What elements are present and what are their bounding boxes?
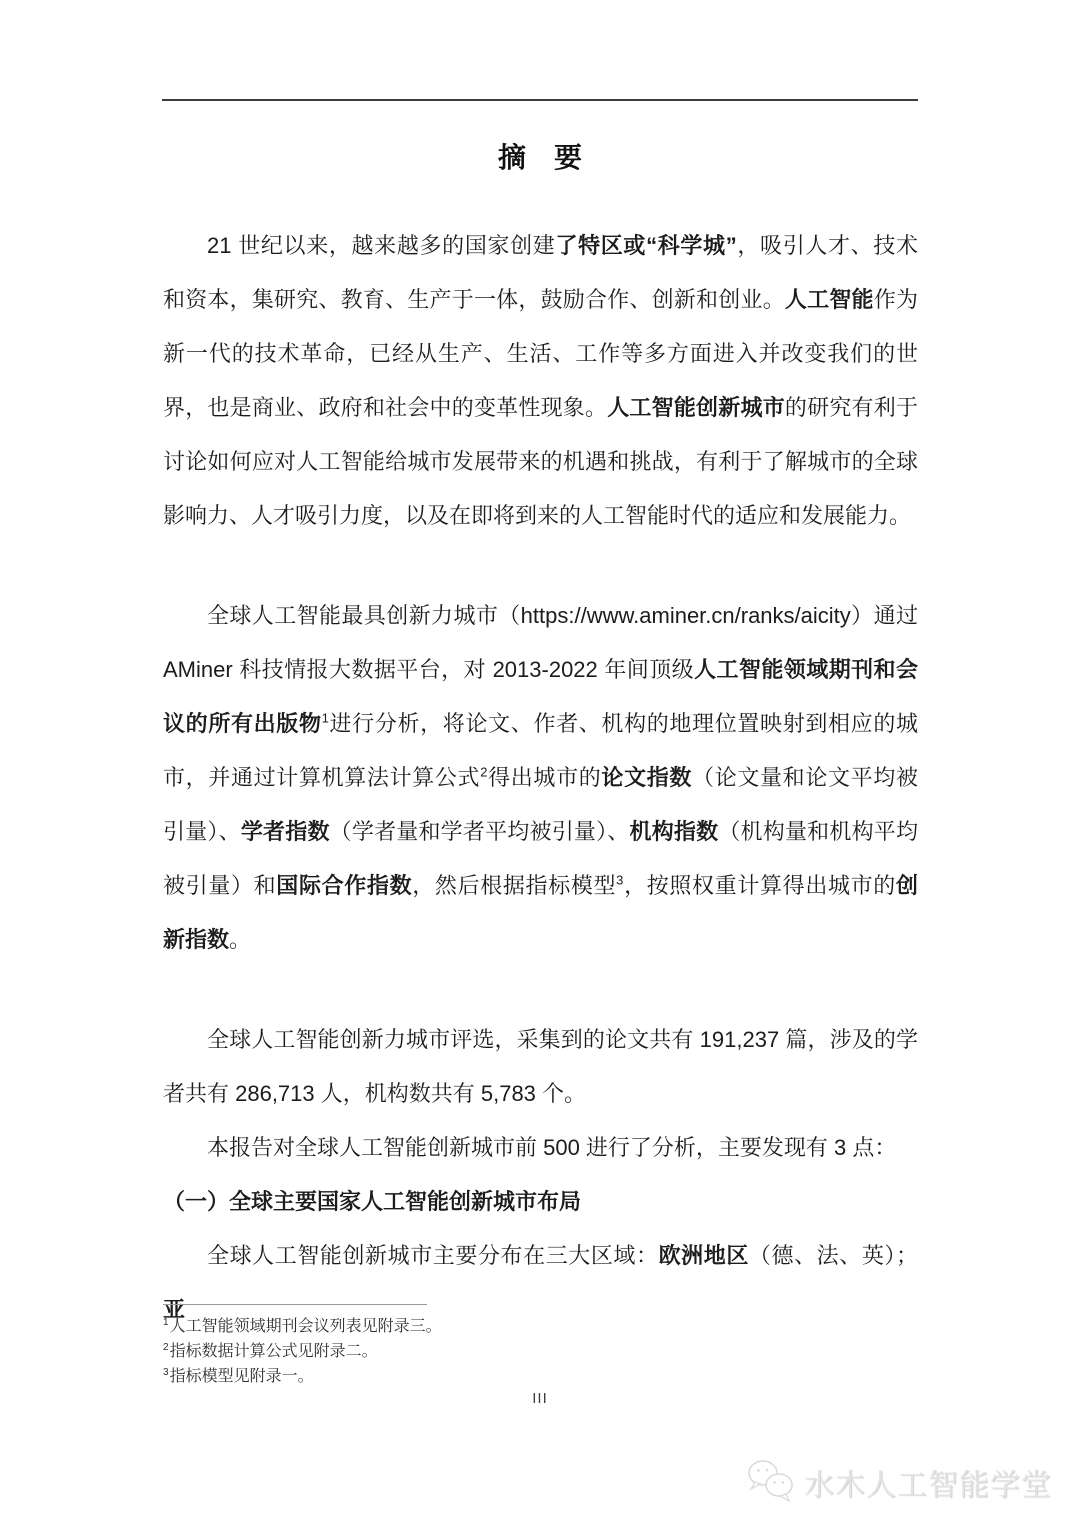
section-heading: （一）全球主要国家人工智能创新城市布局 — [163, 1175, 918, 1229]
text-run: ，然后根据指标模型 — [412, 873, 616, 898]
text-run: 。 — [229, 927, 251, 952]
footnote: 2指标数据计算公式见附录二。 — [163, 1339, 918, 1364]
page-title: 摘 要 — [0, 136, 1080, 176]
watermark-text: 水木人工智能学堂 — [804, 1460, 1052, 1504]
footnote-marker: 1 — [163, 1317, 169, 1328]
paragraph: 21 世纪以来，越来越多的国家创建了特区或“科学城”，吸引人才、技术和资本，集研… — [163, 219, 918, 543]
footnotes-list: 1人工智能领域期刊会议列表见附录三。2指标数据计算公式见附录二。3指标模型见附录… — [163, 1314, 918, 1389]
bold-text-run: 国际合作指数 — [276, 873, 412, 898]
footnote: 1人工智能领域期刊会议列表见附录三。 — [163, 1314, 918, 1339]
text-run: （学者量和学者平均被引量）、 — [330, 819, 630, 844]
paragraph: 全球人工智能最具创新力城市（https://www.aminer.cn/rank… — [163, 589, 918, 967]
footnote-marker: 2 — [163, 1342, 169, 1353]
text-run: 本报告对全球人工智能创新城市前 500 进行了分析，主要发现有 3 点： — [207, 1135, 896, 1160]
text-run: 全球人工智能创新城市主要分布在三大区域： — [207, 1243, 659, 1268]
chat-bubbles-icon — [746, 1458, 798, 1506]
page-number: III — [0, 1390, 1080, 1407]
text-run: 21 世纪以来，越来越多的国家创建 — [207, 233, 555, 258]
bold-text-run: 论文指数 — [601, 765, 692, 790]
bold-text-run: 人工智能 — [785, 287, 874, 312]
footnote: 3指标模型见附录一。 — [163, 1364, 918, 1389]
text-run: 全球人工智能创新力城市评选，采集到的论文共有 191,237 篇，涉及的学者共有… — [163, 1027, 918, 1106]
watermark: 水木人工智能学堂 — [746, 1458, 1052, 1506]
abstract-body: 21 世纪以来，越来越多的国家创建了特区或“科学城”，吸引人才、技术和资本，集研… — [163, 219, 918, 1337]
footnote-rule — [163, 1304, 427, 1305]
footnote-marker: 3 — [163, 1367, 169, 1378]
bold-text-run: 了特区或“科学城” — [555, 233, 736, 258]
bold-text-run: 学者指数 — [241, 819, 330, 844]
bold-text-run: 机构指数 — [630, 819, 719, 844]
text-run: ，按照权重计算得出城市的 — [623, 873, 896, 898]
footnote-marker: 1 — [322, 711, 329, 726]
paragraph: 本报告对全球人工智能创新城市前 500 进行了分析，主要发现有 3 点： — [163, 1121, 918, 1175]
bold-text-run: （一）全球主要国家人工智能创新城市布局 — [163, 1189, 581, 1214]
text-run: （德、法、英）； — [749, 1243, 918, 1268]
paragraph: 全球人工智能创新力城市评选，采集到的论文共有 191,237 篇，涉及的学者共有… — [163, 1013, 918, 1121]
bold-text-run: 欧洲地区 — [659, 1243, 749, 1268]
text-run: 得出城市的 — [487, 765, 601, 790]
abstract-page: 摘 要 21 世纪以来，越来越多的国家创建了特区或“科学城”，吸引人才、技术和资… — [0, 0, 1080, 1527]
header-rule — [162, 99, 918, 101]
footnotes-section: 1人工智能领域期刊会议列表见附录三。2指标数据计算公式见附录二。3指标模型见附录… — [163, 1304, 918, 1389]
bold-text-run: 人工智能创新城市 — [607, 395, 785, 420]
